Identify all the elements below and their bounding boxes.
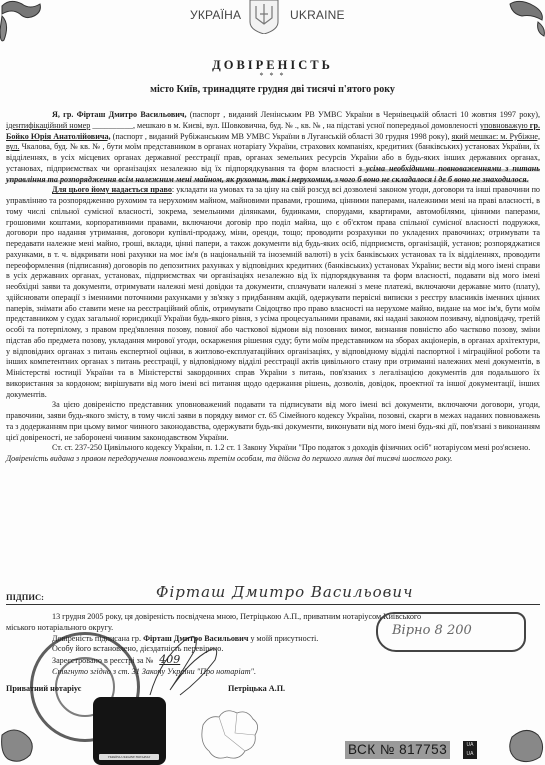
document-body: Я, гр. Фірташ Дмитро Васильович, (паспор…: [6, 110, 540, 465]
notary-title: Приватний нотаріус: [6, 684, 81, 693]
principal-address: , мешкаю в м. Києві, вул. Шовковична, бу…: [133, 121, 480, 130]
corner-ornament-bottom-left-icon: [0, 725, 45, 765]
title-separator: * * *: [0, 71, 545, 80]
country-name-en: UKRAINE: [290, 8, 345, 22]
paragraph-legal-reference: Ст. ст. 237-250 Цивільного кодексу Украї…: [6, 443, 540, 454]
blank-serial-number: ВСК № 817753: [345, 741, 450, 759]
agent-passport: (паспорт , виданий Рубіжанським МВ УМВС …: [111, 132, 452, 141]
corner-ornament-top-right-icon: [500, 0, 545, 40]
rights-label: Для цього йому надається право: [52, 185, 172, 194]
notary-signature-flourish-icon: [140, 630, 230, 700]
authorize-word: уповноважую: [480, 121, 528, 130]
serial-ua-flag: UA UA: [463, 741, 477, 759]
paragraph-documents: За цією довіреністю представник уповнова…: [6, 400, 540, 443]
certification-line-5: Зареєстровано в реєстрі за №409: [6, 655, 540, 667]
signed-by-label: Довіреність підписана гр.: [52, 634, 143, 643]
notary-name: Петріцька А.П.: [228, 684, 285, 693]
corner-ornament-bottom-right-icon: [500, 725, 545, 765]
id-number-label: ідентифікаційний номер: [6, 121, 90, 130]
document-page: УКРАЇНА UKRAINE ДОВІРЕНІСТЬ * * * місто …: [0, 0, 545, 765]
ukraine-map-watermark-icon: [195, 695, 265, 765]
handwritten-signature: Фірташ Дмитро Васильович: [156, 583, 413, 601]
paragraph-validity: Довіреність видана з правом передорученн…: [6, 454, 540, 465]
stamp-handwriting: Вірно 8 200: [392, 623, 472, 638]
verification-stamp: Вірно 8 200: [376, 612, 526, 652]
presence-text: у моїй присутності.: [248, 634, 318, 643]
principal-passport: (паспорт , виданий Ленінським РВ УМВС Ук…: [187, 110, 540, 119]
corner-ornament-top-left-icon: [0, 0, 48, 48]
certification-line-6: Стягнуто згідно з ст. 31 Закону України …: [6, 667, 540, 678]
trident-emblem-icon: [246, 0, 282, 34]
rights-list: : укладати на умовах та за ціну на свій …: [6, 185, 540, 398]
country-name-ua: УКРАЇНА: [190, 8, 241, 22]
principal-name: Я, гр. Фірташ Дмитро Васильович,: [52, 110, 187, 119]
paragraph-rights: Для цього йому надається право: укладати…: [6, 185, 540, 400]
id-number-blank: __________: [90, 121, 133, 130]
hologram-caption: УКРАЇНА UKRAINE НОТАРІАТ: [99, 754, 159, 760]
signature-row: ПІДПИС: Фірташ Дмитро Васильович: [6, 591, 540, 605]
signature-label: ПІДПИС:: [6, 592, 44, 602]
paragraph-authorization: Я, гр. Фірташ Дмитро Васильович, (паспор…: [6, 110, 540, 185]
hologram-sticker: УКРАЇНА UKRAINE НОТАРІАТ: [93, 697, 166, 765]
registry-label: Зареєстровано в реєстрі за №: [52, 656, 153, 665]
document-header: УКРАЇНА UKRAINE: [0, 0, 545, 36]
place-and-date: місто Київ, тринадцяте грудня дві тисячі…: [0, 84, 545, 95]
